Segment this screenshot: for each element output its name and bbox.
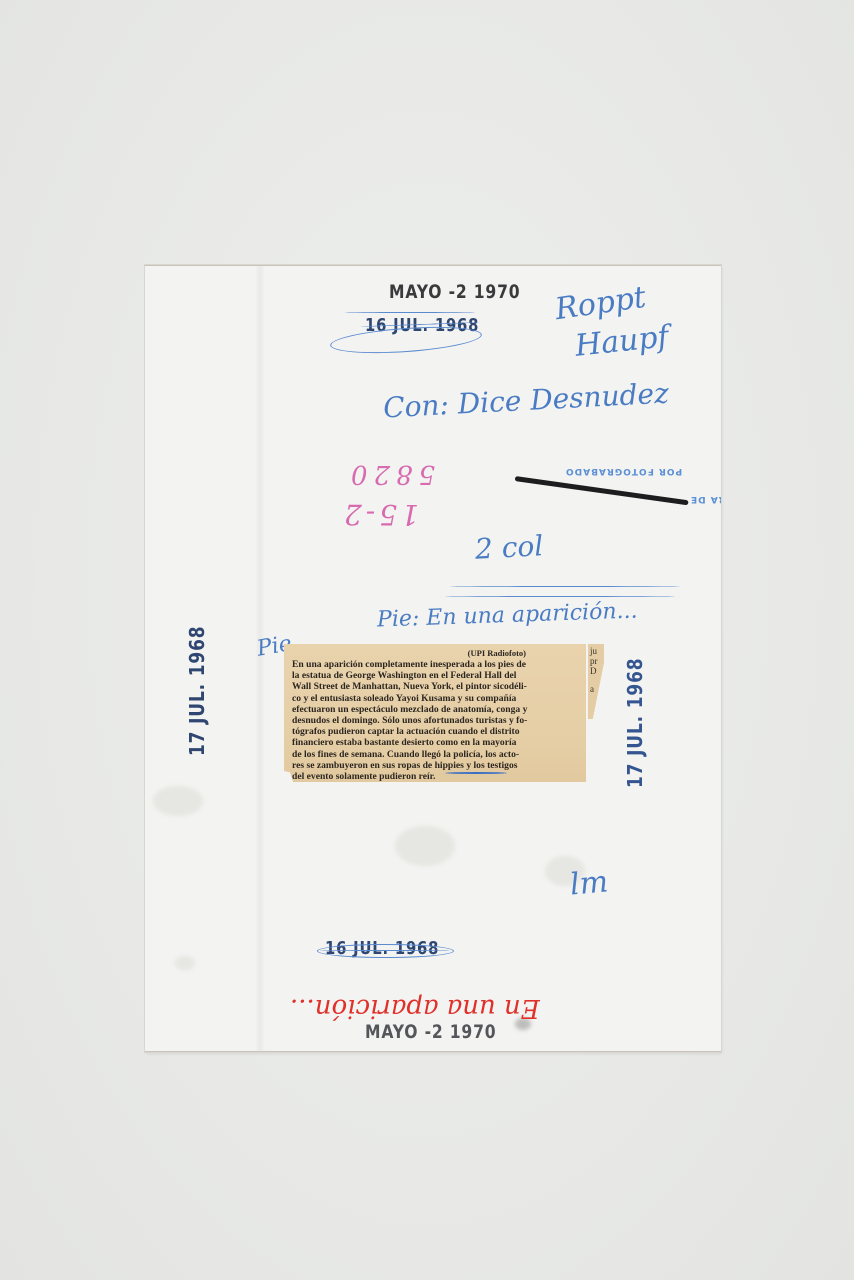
stamp-jul-left-vertical: 17 JUL. 1968 <box>185 626 209 756</box>
handwritten-name-line1: Roppt <box>553 280 648 327</box>
handwritten-name-line2: Haupf <box>573 319 670 364</box>
stamp-fotograbado-upside-down-2: RA DE <box>690 494 721 504</box>
paper-smudge <box>153 786 203 816</box>
clipping-line: Wall Street de Manhattan, Nueva York, el… <box>292 681 578 692</box>
strike-line <box>320 950 450 951</box>
underline <box>445 596 675 597</box>
clipping-line: del evento solamente pudieron reír. <box>292 771 578 782</box>
handwritten-two-col: 2 col <box>474 529 544 566</box>
clipping-fragment: ju pr D a <box>588 644 604 719</box>
strike-line <box>329 323 482 358</box>
clipping-line: desnudos el domingo. Sólo unos afortunad… <box>292 715 578 726</box>
clipping-line: En una aparición completamente inesperad… <box>292 659 578 670</box>
hippies-underline <box>445 772 507 774</box>
paper-smudge <box>175 956 195 970</box>
paper-smudge <box>395 826 455 866</box>
handwritten-red-upside-down: En una aparición... <box>290 993 540 1023</box>
clipping-line: co y el entusiasta soleado Yayoi Kusama … <box>292 693 578 704</box>
clipping-line: tógrafos pudieron captar la actuación cu… <box>292 726 578 737</box>
photo-scene: MAYO -2 1970 16 JUL. 1968 Roppt Haupf Co… <box>0 0 854 1280</box>
black-marker-stroke <box>515 476 689 505</box>
clipping-line: efectuaron un espectáculo mezclado de an… <box>292 704 578 715</box>
clipping-line: la estatua de George Washington en el Fe… <box>292 670 578 681</box>
clipping-credit: (UPI Radiofoto) <box>292 648 578 658</box>
newspaper-clipping: (UPI Radiofoto) En una aparición complet… <box>284 644 586 782</box>
clipping-line: res se zambuyeron en sus ropas de hippie… <box>292 760 578 771</box>
strike-line <box>317 944 454 958</box>
stamp-mayo-top: MAYO -2 1970 <box>389 281 520 303</box>
fragment-line: ju <box>590 646 604 656</box>
handwritten-con-line: Con: Dice Desnudez <box>382 377 669 425</box>
photo-back-paper: MAYO -2 1970 16 JUL. 1968 Roppt Haupf Co… <box>145 265 721 1052</box>
clipping-body: En una aparición completamente inesperad… <box>292 659 578 782</box>
stamp-mayo-bottom: MAYO -2 1970 <box>365 1021 496 1043</box>
clipping-line: de los fines de semana. Cuando llegó la … <box>292 749 578 760</box>
fragment-line: D <box>590 666 604 676</box>
handwritten-pink-number: 5820 <box>345 459 435 489</box>
stamp-fotograbado-upside-down: POR FOTOGRABADO <box>565 466 682 476</box>
underline <box>450 586 680 587</box>
clipping-line: financiero estaba bastante desierto como… <box>292 737 578 748</box>
handwritten-pie-line: Pie: En una aparición... <box>377 598 638 632</box>
fragment-line: a <box>590 684 604 694</box>
strike-line <box>345 312 475 313</box>
handwritten-initials: lm <box>569 864 610 902</box>
stamp-jul-right-vertical: 17 JUL. 1968 <box>623 658 647 788</box>
handwritten-pink-date: 15-2 <box>340 498 419 531</box>
fragment-line: pr <box>590 656 604 666</box>
